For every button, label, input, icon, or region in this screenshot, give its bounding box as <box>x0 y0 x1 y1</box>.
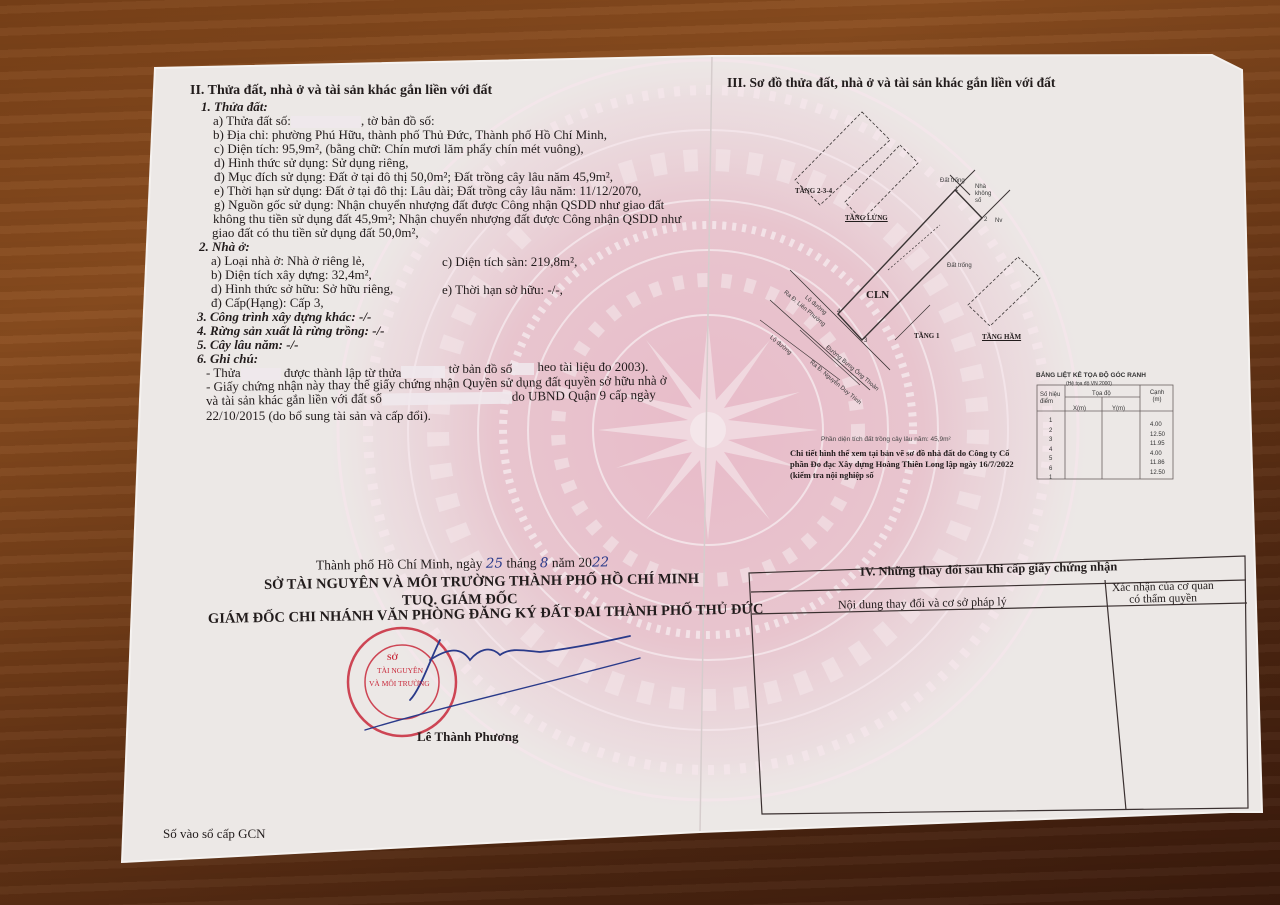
section-iii-title: III. Sơ đồ thửa đất, nhà ở và tài sản kh… <box>727 75 1055 90</box>
house-ownership-term: e) Thời hạn sở hữu: -/-, <box>442 282 563 297</box>
section-ii-title: II. Thửa đất, nhà ở và tài sản khác gắn … <box>190 83 492 98</box>
label-floor-2-3-4: TẦNG 2-3-4 <box>795 184 832 199</box>
label-empty-land-1: Đất trống <box>940 174 965 189</box>
coord-row-point: 1 <box>1049 471 1052 486</box>
land-origin-line2: không thu tiền sử dụng đất 45,9m²; Nhận … <box>213 211 681 226</box>
stamp-text-3: VÀ MÔI TRƯỜNG <box>369 676 430 691</box>
detail-note-line-2: phần Đo đạc Xây dựng Hoàng Thiên Long lậ… <box>790 459 1014 469</box>
point-2: 2 <box>984 213 987 228</box>
document-paper-shape <box>0 0 1280 905</box>
label-floor-1: TẦNG 1 <box>914 329 939 344</box>
label-land-code: CLN <box>866 288 889 303</box>
coord-header-y: Y(m) <box>1112 402 1125 417</box>
land-use-term: e) Thời hạn sử dụng: Đất ở tại đô thị: L… <box>214 183 641 198</box>
label-empty-land-2: Đất trống <box>947 259 972 274</box>
land-address: b) Địa chỉ: phường Phú Hữu, thành phố Th… <box>213 127 607 142</box>
coord-header-point: Số hiệu điểm <box>1040 392 1064 406</box>
coord-header-coords: Tọa độ <box>1092 387 1111 402</box>
house-floor-area: c) Diện tích sàn: 219,8m², <box>442 254 577 269</box>
label-neighbor: Nv <box>995 214 1002 229</box>
coord-row-edge: 12.50 <box>1150 466 1165 481</box>
coord-header-x: X(m) <box>1073 402 1086 417</box>
label-mezzanine: TẦNG LỬNG <box>845 211 888 226</box>
coord-header-edge: Cạnh (m) <box>1146 390 1168 404</box>
other-construction: 3. Công trình xây dựng khác: -/- <box>197 309 371 324</box>
land-area: c) Diện tích: 95,9m², (bằng chữ: Chín mư… <box>214 141 584 156</box>
detail-note-line-1: Chi tiết hình thể xem tại bản vẽ sơ đồ n… <box>790 448 1009 458</box>
land-use-form: d) Hình thức sử dụng: Sử dụng riêng, <box>214 155 408 170</box>
changes-column-confirmation: Xác nhận của cơ quan có thẩm quyền <box>1112 580 1214 606</box>
perennial-trees: 5. Cây lâu năm: -/- <box>197 337 298 352</box>
signer-name: Lê Thành Phương <box>417 729 518 744</box>
house-ownership-form: d) Hình thức sở hữu: Sở hữu riêng, <box>211 281 393 296</box>
production-forest: 4. Rừng sản xuất là rừng trồng: -/- <box>197 323 385 338</box>
label-basement: TẦNG HẦM <box>982 330 1021 345</box>
house-heading: 2. Nhà ở: <box>199 239 250 254</box>
land-origin-line3: giao đất có thu tiền sử dụng đất 50,0m², <box>212 225 419 240</box>
house-grade: đ) Cấp(Hạng): Cấp 3, <box>211 295 324 310</box>
land-use-purpose: đ) Mục đích sử dụng: Đất ở tại đô thị 50… <box>214 169 613 184</box>
point-3: 3 <box>864 334 867 349</box>
point-4: 4 <box>837 305 840 320</box>
label-neighbor-house: Nhà không số <box>975 184 997 205</box>
house-type: a) Loại nhà ở: Nhà ở riêng lẻ, <box>211 253 365 268</box>
land-parcel-number: a) Thửa đất số:, tờ bản đồ số: <box>213 113 435 128</box>
land-heading: 1. Thửa đất: <box>201 99 268 114</box>
certificate-document: II. Thửa đất, nhà ở và tài sản khác gắn … <box>0 0 1280 905</box>
registry-number-label: Số vào sổ cấp GCN <box>163 826 266 841</box>
notes-line-4: 22/10/2015 (do bổ sung tài sản và cấp đổ… <box>206 408 431 423</box>
land-origin-line1: g) Nguồn gốc sử dụng: Nhận chuyển nhượng… <box>214 197 664 212</box>
notes-line-1: - Thửa được thành lập từ thửa tờ bản đồ … <box>206 355 648 370</box>
issue-date: Thành phố Hồ Chí Minh, ngày 25 tháng 8 n… <box>316 554 609 573</box>
house-building-area: b) Diện tích xây dựng: 32,4m², <box>211 267 372 282</box>
perennial-area-note: Phần diện tích đất trồng cây lâu năm: 45… <box>821 432 951 447</box>
detail-note-line-3: (kiểm tra nội nghiệp số <box>790 470 874 480</box>
point-1: 1 <box>955 183 958 198</box>
